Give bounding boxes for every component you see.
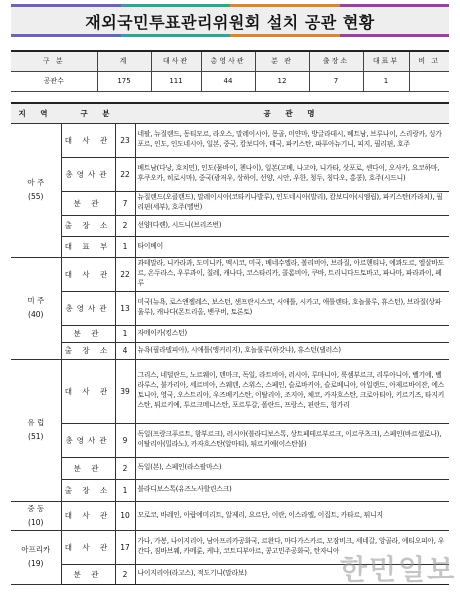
table-row: 분 관 2 독일(본), 스페인(라스팔마스) — [11, 457, 449, 479]
row-names: 과테말라, 니카라과, 도미니카, 멕시코, 미국, 베네수엘라, 볼리비아, … — [135, 257, 449, 291]
table-row: 미 주(40) 대 사 관 22 과테말라, 니카라과, 도미니카, 멕시코, … — [11, 257, 449, 291]
row-count: 13 — [115, 291, 135, 325]
row-type: 분 관 — [61, 325, 115, 342]
row-count: 1 — [115, 479, 135, 501]
row-count: 7 — [115, 191, 135, 215]
row-count: 2 — [115, 564, 135, 584]
summary-header-mission: 대표부 — [363, 51, 409, 71]
row-names: 블라디보스톡(유즈노사할린스크) — [135, 479, 449, 501]
row-type: 대 사 관 — [61, 501, 115, 530]
row-type: 분 관 — [61, 457, 115, 479]
row-names: 타이베이 — [135, 236, 449, 257]
table-row: 출 장 소 1 블라디보스톡(유즈노사할린스크) — [11, 479, 449, 501]
row-names: 자메이카(킹스턴) — [135, 325, 449, 342]
table-row: 아 주(55) 대 사 관 23 네팔, 뉴질랜드, 동티모르, 라오스, 말레… — [11, 123, 449, 157]
region-asia: 아 주(55) — [11, 123, 61, 257]
table-row: 총영사관 22 베트남(다낭, 호치민), 인도(뭄바이, 첸나이), 일본(고… — [11, 157, 449, 191]
row-count: 9 — [115, 423, 135, 457]
region-name: 미 주 — [11, 294, 61, 308]
summary-embassy: 111 — [151, 71, 201, 91]
row-type: 총영사관 — [61, 423, 115, 457]
summary-header-consulate: 총영사관 — [201, 51, 255, 71]
row-type: 총영사관 — [61, 291, 115, 325]
region-count: (19) — [11, 557, 61, 571]
row-type: 분 관 — [61, 191, 115, 215]
summary-office: 7 — [309, 71, 363, 91]
table-row: 총영사관 9 독일(프랑크푸르트, 함부르크), 러시아(블라디보스톡, 상트페… — [11, 423, 449, 457]
summary-header-remarks: 비 고 — [409, 51, 449, 71]
region-europe: 유 럽(51) — [11, 359, 61, 501]
header-type: 구 분 — [61, 103, 135, 123]
row-count: 22 — [115, 157, 135, 191]
row-type: 대 사 관 — [61, 359, 115, 423]
page-title: 재외국민투표관리위원회 설치 공관 현황 — [11, 10, 449, 33]
row-names: 독일(본), 스페인(라스팔마스) — [135, 457, 449, 479]
watermark-logo: 한민일보 — [340, 548, 456, 588]
row-count: 22 — [115, 257, 135, 291]
row-type: 대 사 관 — [61, 257, 115, 291]
row-type: 출 장 소 — [61, 215, 115, 236]
summary-label: 공관수 — [11, 71, 97, 91]
summary-table: 구 분 계 대사관 총영사관 분 관 출장소 대표부 비 고 공관수 175 1… — [11, 50, 449, 92]
region-africa: 아프리카(19) — [11, 530, 61, 584]
missions-table: 지 역 구 분 공 관 명 아 주(55) 대 사 관 23 네팔, 뉴질랜드,… — [11, 102, 449, 585]
row-type: 대 표 부 — [61, 236, 115, 257]
summary-total: 175 — [97, 71, 151, 91]
summary-data-row: 공관수 175 111 44 12 7 1 — [11, 71, 449, 91]
row-names: 독일(프랑크푸르트, 함부르크), 러시아(블라디보스톡, 상트페테르부르크, … — [135, 423, 449, 457]
region-count: (10) — [11, 516, 61, 530]
row-names: 그리스, 네덜란드, 노르웨이, 덴마크, 독일, 라트비아, 러시아, 루마니… — [135, 359, 449, 423]
table-row: 중 동(10) 대 사 관 10 모로코, 바레인, 아랍에미리트, 알제리, … — [11, 501, 449, 530]
row-names: 모로코, 바레인, 아랍에미리트, 알제리, 요르단, 이란, 이스라엘, 이집… — [135, 501, 449, 530]
header-names: 공 관 명 — [135, 103, 449, 123]
table-row: 분 관 1 자메이카(킹스턴) — [11, 325, 449, 342]
row-names: 선양(다롄), 시드니(브리즈번) — [135, 215, 449, 236]
table-row: 분 관 7 뉴질랜드(오클랜드), 말레이시아(코타키나발루), 인도네시아(발… — [11, 191, 449, 215]
table-row: 총영사관 13 미국(뉴욕, 로스앤젤레스, 보스턴, 샌프란시스코, 시애틀,… — [11, 291, 449, 325]
table-row: 대 표 부 1 타이베이 — [11, 236, 449, 257]
summary-header-row: 구 분 계 대사관 총영사관 분 관 출장소 대표부 비 고 — [11, 51, 449, 71]
region-name: 중 동 — [11, 502, 61, 516]
row-names: 뉴질랜드(오클랜드), 말레이시아(코타키나발루), 인도네시아(발리), 캄보… — [135, 191, 449, 215]
row-count: 2 — [115, 215, 135, 236]
row-names: 뉴욕(필라델피아), 시애틀(앵커리지), 호놀룰루(하갓냐), 휴스턴(댈러스… — [135, 342, 449, 359]
row-count: 4 — [115, 342, 135, 359]
region-count: (51) — [11, 430, 61, 444]
summary-consulate: 44 — [201, 71, 255, 91]
row-names: 네팔, 뉴질랜드, 동티모르, 라오스, 말레이시아, 몽골, 미얀마, 방글라… — [135, 123, 449, 157]
title-banner: 재외국민투표관리위원회 설치 공관 현황 — [11, 4, 449, 37]
header-region: 지 역 — [11, 103, 61, 123]
row-count: 1 — [115, 236, 135, 257]
main-header-row: 지 역 구 분 공 관 명 — [11, 103, 449, 123]
summary-header-office: 출장소 — [309, 51, 363, 71]
row-count: 2 — [115, 457, 135, 479]
table-row: 출 장 소 2 선양(다롄), 시드니(브리즈번) — [11, 215, 449, 236]
row-count: 10 — [115, 501, 135, 530]
summary-header-branch: 분 관 — [255, 51, 309, 71]
region-middle-east: 중 동(10) — [11, 501, 61, 530]
row-count: 17 — [115, 530, 135, 564]
row-type: 대 사 관 — [61, 530, 115, 564]
row-count: 1 — [115, 325, 135, 342]
row-type: 대 사 관 — [61, 123, 115, 157]
region-name: 유 럽 — [11, 416, 61, 430]
row-names: 미국(뉴욕, 로스앤젤레스, 보스턴, 샌프란시스코, 시애틀, 시카고, 애틀… — [135, 291, 449, 325]
summary-header-category: 구 분 — [11, 51, 97, 71]
region-count: (40) — [11, 308, 61, 322]
row-count: 39 — [115, 359, 135, 423]
table-row: 출 장 소 4 뉴욕(필라델피아), 시애틀(앵커리지), 호놀룰루(하갓냐),… — [11, 342, 449, 359]
region-count: (55) — [11, 190, 61, 204]
title-bottom-bar — [11, 34, 449, 37]
summary-branch: 12 — [255, 71, 309, 91]
row-type: 분 관 — [61, 564, 115, 584]
row-type: 출 장 소 — [61, 479, 115, 501]
summary-remarks — [409, 71, 449, 91]
region-name: 아 주 — [11, 176, 61, 190]
summary-header-embassy: 대사관 — [151, 51, 201, 71]
row-type: 총영사관 — [61, 157, 115, 191]
region-americas: 미 주(40) — [11, 257, 61, 359]
region-name: 아프리카 — [11, 543, 61, 557]
row-count: 23 — [115, 123, 135, 157]
summary-header-total: 계 — [97, 51, 151, 71]
table-row: 유 럽(51) 대 사 관 39 그리스, 네덜란드, 노르웨이, 덴마크, 독… — [11, 359, 449, 423]
summary-mission: 1 — [363, 71, 409, 91]
title-top-bar — [11, 4, 449, 7]
row-type: 출 장 소 — [61, 342, 115, 359]
row-names: 베트남(다낭, 호치민), 인도(뭄바이, 첸나이), 일본(고베, 나고야, … — [135, 157, 449, 191]
